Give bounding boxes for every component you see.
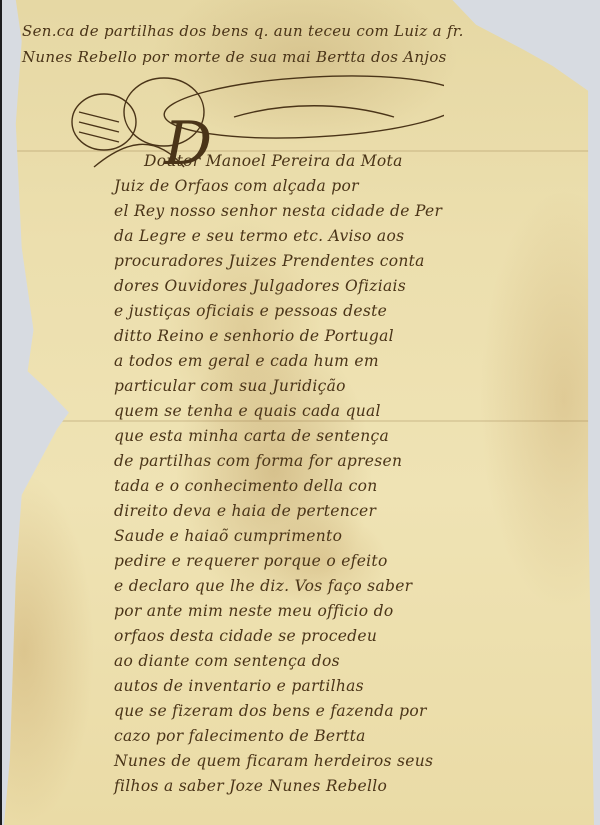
fold-crease — [4, 420, 594, 422]
body-line: orfaos desta cidade se procedeu — [114, 627, 377, 645]
body-line: ao diante com sentença dos — [114, 652, 340, 670]
header-line-1: Sen.ca de partilhas dos bens q. aun tece… — [22, 22, 464, 40]
body-line: Nunes de quem ficaram herdeiros seus — [114, 752, 433, 770]
header-line-2: Nunes Rebello por morte de sua mai Bertt… — [22, 48, 447, 66]
body-line: tada e o conhecimento della con — [114, 477, 378, 495]
body-line: a todos em geral e cada hum em — [114, 352, 379, 370]
body-line: Saude e haiaõ cumprimento — [114, 527, 342, 545]
body-line: quem se tenha e quais cada qual — [114, 402, 381, 420]
body-line: que se fizeram dos bens e fazenda por — [114, 702, 427, 720]
body-line: el Rey nosso senhor nesta cidade de Per — [114, 202, 442, 220]
manuscript-page: Sen.ca de partilhas dos bens q. aun tece… — [4, 0, 594, 825]
body-line: procuradores Juizes Prendentes conta — [114, 252, 425, 270]
body-line: particular com sua Juridição — [114, 377, 346, 395]
body-line: direito deva e haia de pertencer — [114, 502, 376, 520]
body-line: pedire e requerer porque o efeito — [114, 552, 388, 570]
body-line: ditto Reino e senhorio de Portugal — [114, 327, 394, 345]
body-line: cazo por falecimento de Bertta — [114, 727, 366, 745]
body-line: de partilhas com forma for apresen — [114, 452, 402, 470]
body-line: Juiz de Orfaos com alçada por — [114, 177, 359, 195]
body-line: filhos a saber Joze Nunes Rebello — [114, 777, 387, 795]
body-line: da Legre e seu termo etc. Aviso aos — [114, 227, 404, 245]
body-line: e declaro que lhe diz. Vos faço saber — [114, 577, 412, 595]
body-line: autos de inventario e partilhas — [114, 677, 364, 695]
body-line: Doutor Manoel Pereira da Mota — [144, 152, 403, 170]
body-line: dores Ouvidores Julgadores Ofiziais — [114, 277, 406, 295]
body-line: que esta minha carta de sentença — [114, 427, 389, 445]
body-line: por ante mim neste meu officio do — [114, 602, 393, 620]
body-line: e justiças oficiais e pessoas deste — [114, 302, 387, 320]
